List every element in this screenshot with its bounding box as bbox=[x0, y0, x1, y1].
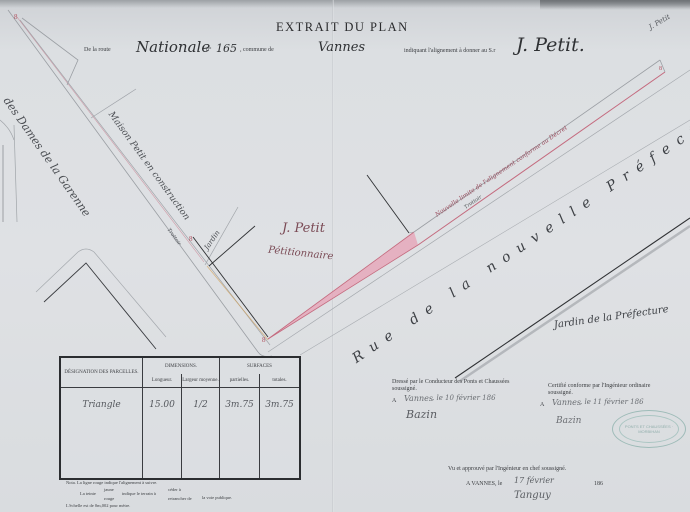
header-dimensions: DIMENSIONS. bbox=[143, 358, 220, 374]
alignment-label: indiquant l'alignement à donner au S.r bbox=[404, 48, 495, 54]
legend-scale: L'échelle est de 0m,002 pour mètre. bbox=[66, 503, 130, 508]
conducteur-signature: Bazin bbox=[406, 408, 437, 421]
label-owner-name: J. Petit bbox=[282, 221, 325, 236]
ingenieur-ordinaire-signature: Bazin bbox=[556, 416, 581, 426]
cell-designation: Triangle bbox=[61, 388, 143, 478]
header-partielles: partielles. bbox=[220, 374, 260, 388]
ingenieur-ordinaire-place: Vannes bbox=[552, 398, 581, 407]
conducteur-place-prefix: A bbox=[392, 398, 396, 404]
svg-text:8: 8 bbox=[189, 235, 193, 243]
route-prefix: De la route bbox=[84, 47, 111, 53]
stamp-text: PONTS ET CHAUSSÉES · MORBIHAN bbox=[619, 415, 679, 443]
legend-jaune: jaune bbox=[104, 487, 114, 492]
recipient-name: J. Petit. bbox=[516, 34, 585, 56]
red-alignment-right bbox=[418, 72, 665, 245]
ingenieur-chef-signature: Tanguy bbox=[514, 490, 551, 501]
conducteur-place: Vannes bbox=[404, 394, 433, 403]
parcel-front-dark bbox=[193, 237, 268, 337]
legend-line-1: Nota. La ligne rouge indique l'alignemen… bbox=[66, 480, 157, 485]
ingenieur-ordinaire-date: , le 11 février 186 bbox=[580, 398, 644, 406]
legend-ceder: céder à bbox=[168, 487, 181, 492]
svg-text:8: 8 bbox=[14, 13, 18, 21]
svg-text:8: 8 bbox=[262, 336, 266, 344]
header-largeur: Largeur moyenne. bbox=[182, 374, 220, 388]
route-number: 165 bbox=[216, 42, 237, 55]
cell-longueur: 15.00 bbox=[143, 388, 182, 478]
header-totales: totales. bbox=[260, 374, 299, 388]
ingenieur-chef-label: Vu et approuvé par l'Ingénieur en chef s… bbox=[448, 466, 566, 472]
svg-text:8: 8 bbox=[659, 66, 662, 72]
route-type: Nationale bbox=[136, 38, 210, 56]
header-longueur: Longueur. bbox=[143, 374, 182, 388]
prefecture-wall bbox=[455, 218, 690, 378]
ingenieur-chef-place: A VANNES, le bbox=[466, 481, 502, 487]
document-title: EXTRAIT DU PLAN bbox=[276, 20, 409, 35]
yellow-alignment bbox=[207, 266, 268, 340]
commune-label: , commune de bbox=[240, 47, 274, 53]
commune-name: Vannes bbox=[318, 40, 365, 55]
header-designation: DÉSIGNATION DES PARCELLES. bbox=[61, 358, 143, 388]
legend-teinte: La teinte bbox=[80, 491, 96, 496]
ingenieur-ordinaire-place-prefix: A bbox=[540, 402, 544, 408]
header-surfaces: SURFACES bbox=[220, 358, 299, 374]
chevron-parcel bbox=[44, 263, 156, 349]
legend-voie-publique: la voie publique. bbox=[202, 495, 232, 500]
parcel-top-left bbox=[22, 18, 78, 85]
ingenieur-chef-year: 186 bbox=[594, 481, 603, 487]
cell-totales: 3m.75 bbox=[260, 388, 299, 478]
conducteur-label: Dressé par le Conducteur des Ponts et Ch… bbox=[392, 379, 532, 393]
legend-retrancher: retrancher de bbox=[168, 496, 192, 501]
official-stamp: PONTS ET CHAUSSÉES · MORBIHAN bbox=[612, 410, 686, 448]
legend-rouge: rouge bbox=[104, 496, 114, 501]
cell-largeur: 1/2 bbox=[182, 388, 220, 478]
parcel-table: DÉSIGNATION DES PARCELLES. DIMENSIONS. S… bbox=[59, 356, 301, 480]
cell-partielles: 3m.75 bbox=[220, 388, 260, 478]
parcel-boundary-right bbox=[367, 175, 409, 233]
conducteur-date: , le 10 février 186 bbox=[432, 394, 496, 402]
legend-indique: indique le terrain à bbox=[122, 491, 156, 496]
number-label: n° bbox=[206, 47, 211, 53]
ingenieur-ordinaire-label: Certifié conforme par l'Ingénieur ordina… bbox=[548, 383, 668, 397]
ingenieur-chef-date: 17 février bbox=[514, 476, 554, 485]
